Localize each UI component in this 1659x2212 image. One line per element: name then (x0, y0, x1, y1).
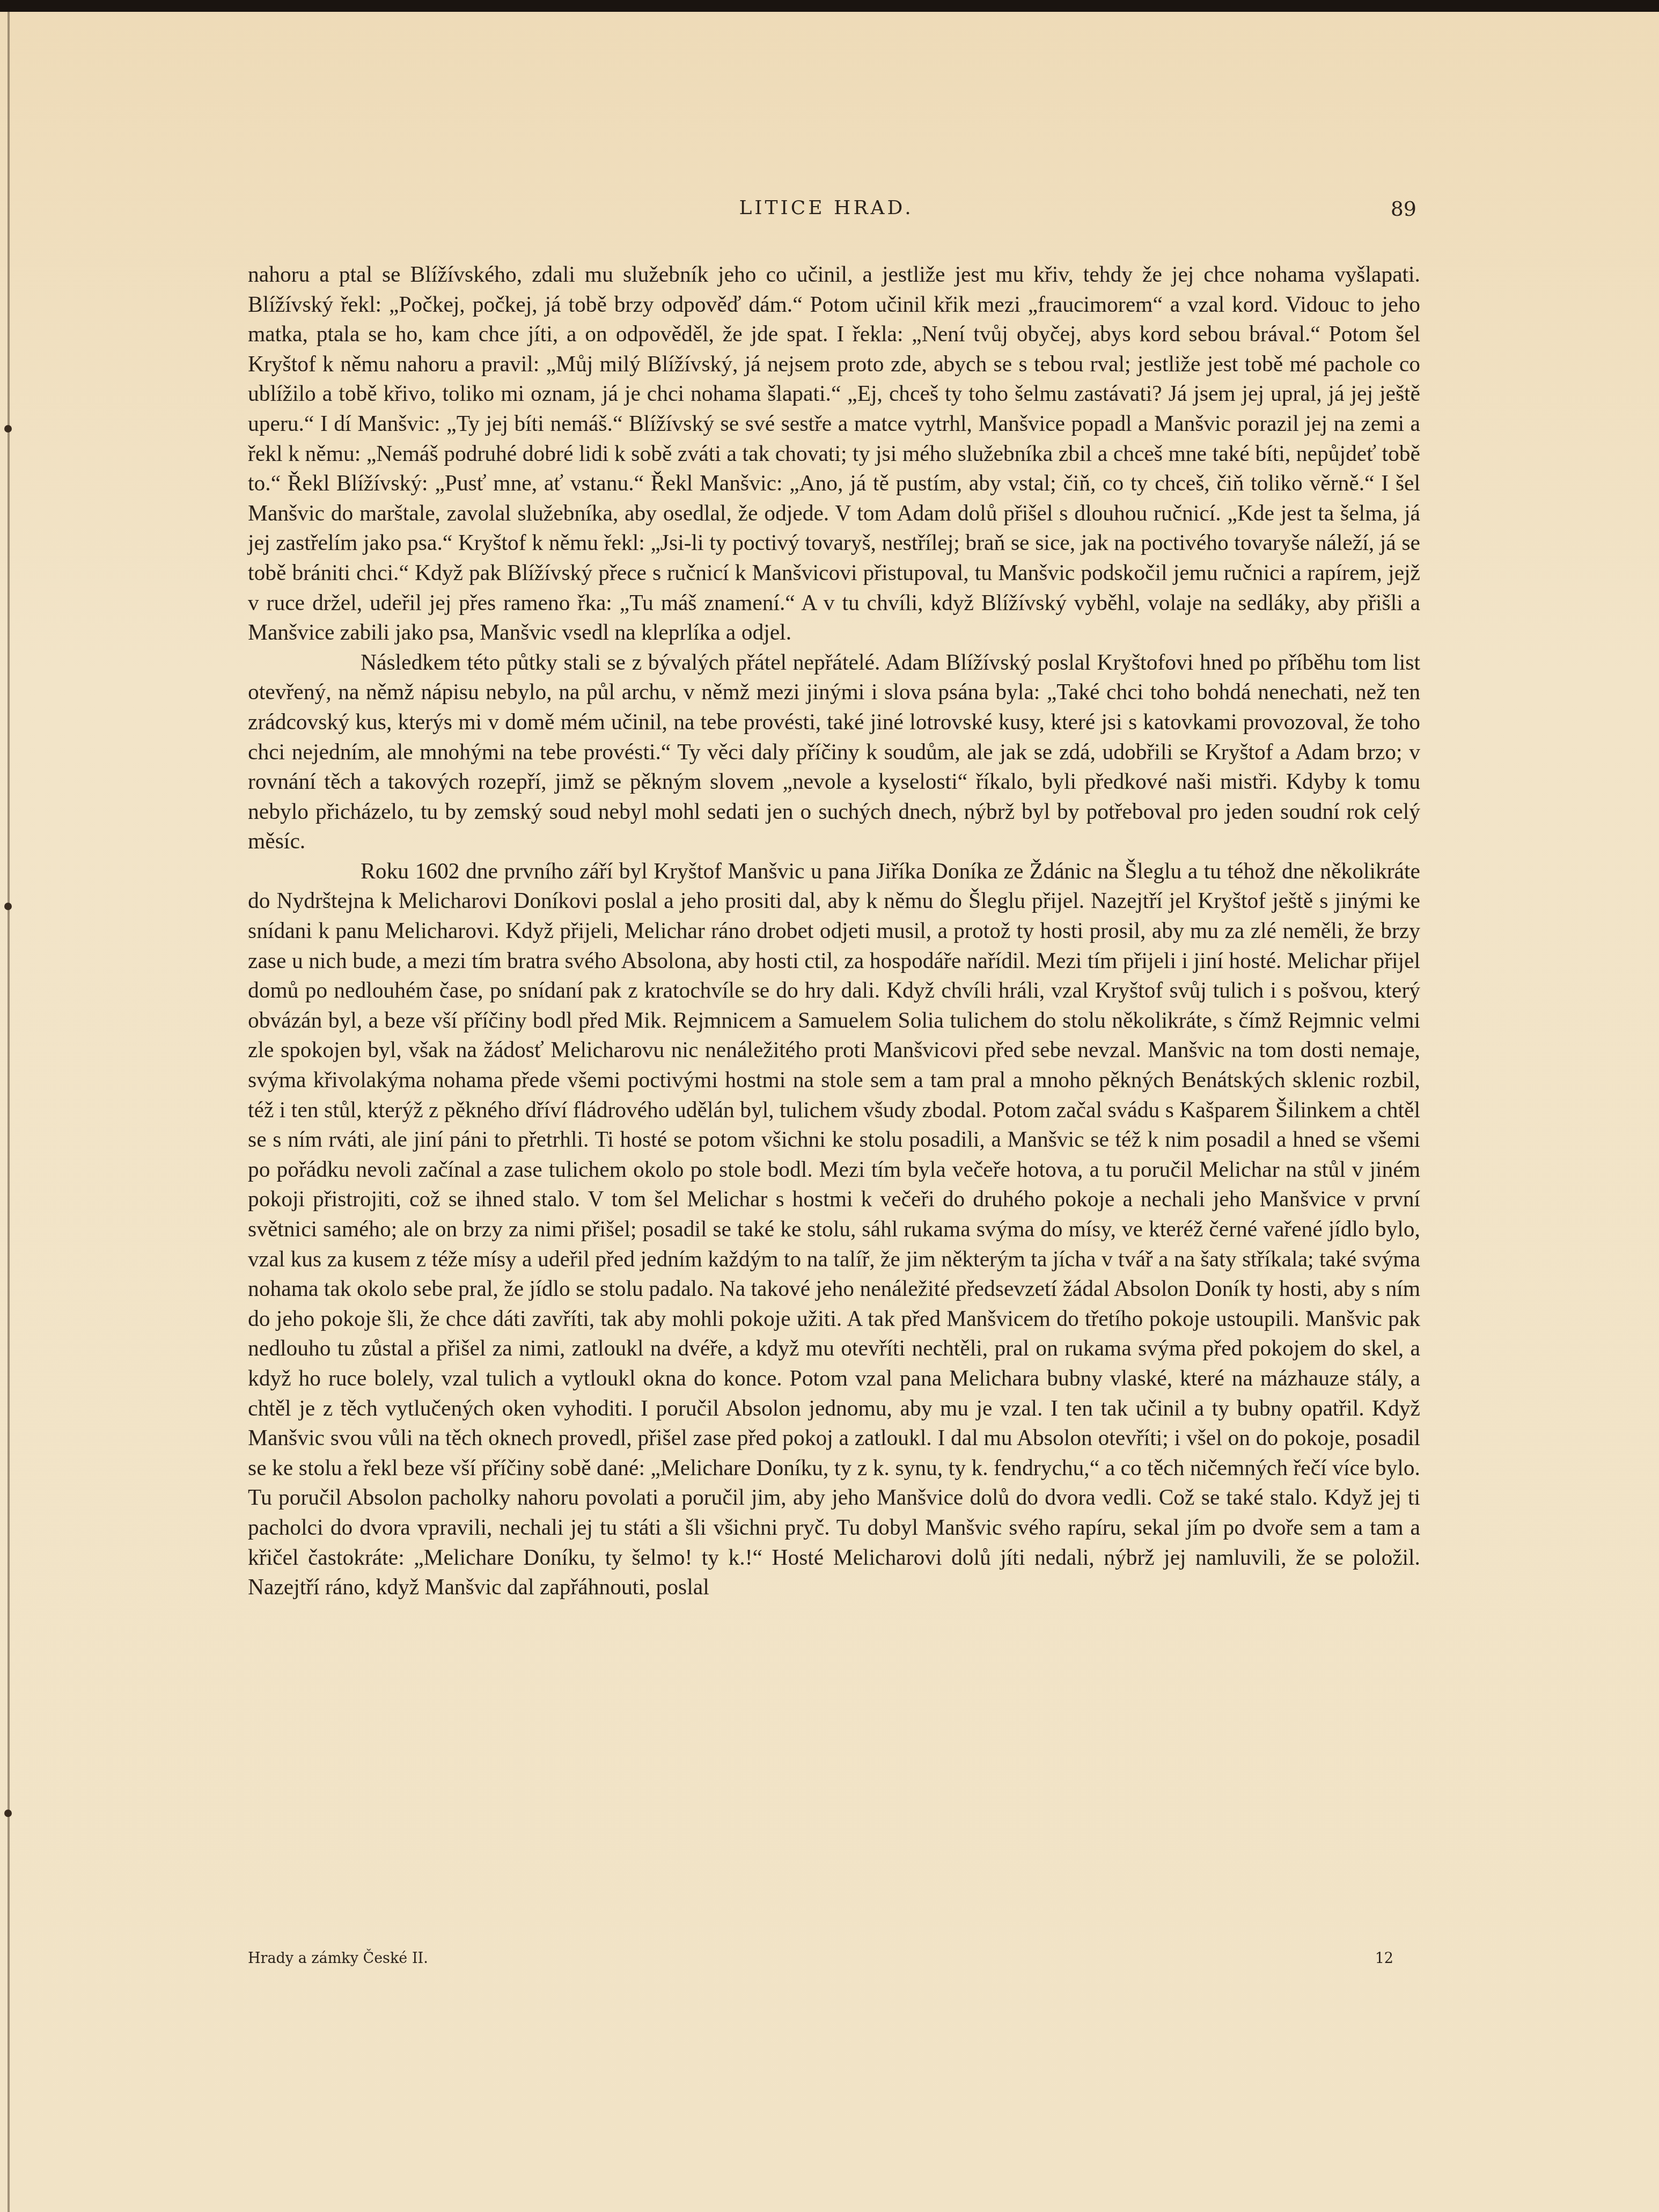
page-edge (8, 12, 10, 2212)
running-title: LITICE HRAD. (236, 197, 1416, 219)
binding-hole (4, 903, 12, 910)
paragraph: Následkem této půtky stali se z bývalých… (248, 648, 1420, 856)
page-body: nahoru a ptal se Blížívského, zdali mu s… (248, 260, 1420, 1602)
page-footer: Hrady a zámky České II. 12 (248, 1950, 1420, 1967)
signature-mark: 12 (1375, 1950, 1393, 1967)
book-title: Hrady a zámky České II. (248, 1950, 428, 1967)
binding-hole (4, 1810, 12, 1817)
book-page: LITICE HRAD. 89 nahoru a ptal se Blížívs… (0, 12, 1659, 2212)
paragraph: Roku 1602 dne prvního září byl Kryštof M… (248, 856, 1420, 1602)
paragraph: nahoru a ptal se Blížívského, zdali mu s… (248, 260, 1420, 648)
page-header: LITICE HRAD. 89 (236, 197, 1416, 229)
page-number: 89 (1391, 197, 1416, 221)
binding-hole (4, 425, 12, 433)
